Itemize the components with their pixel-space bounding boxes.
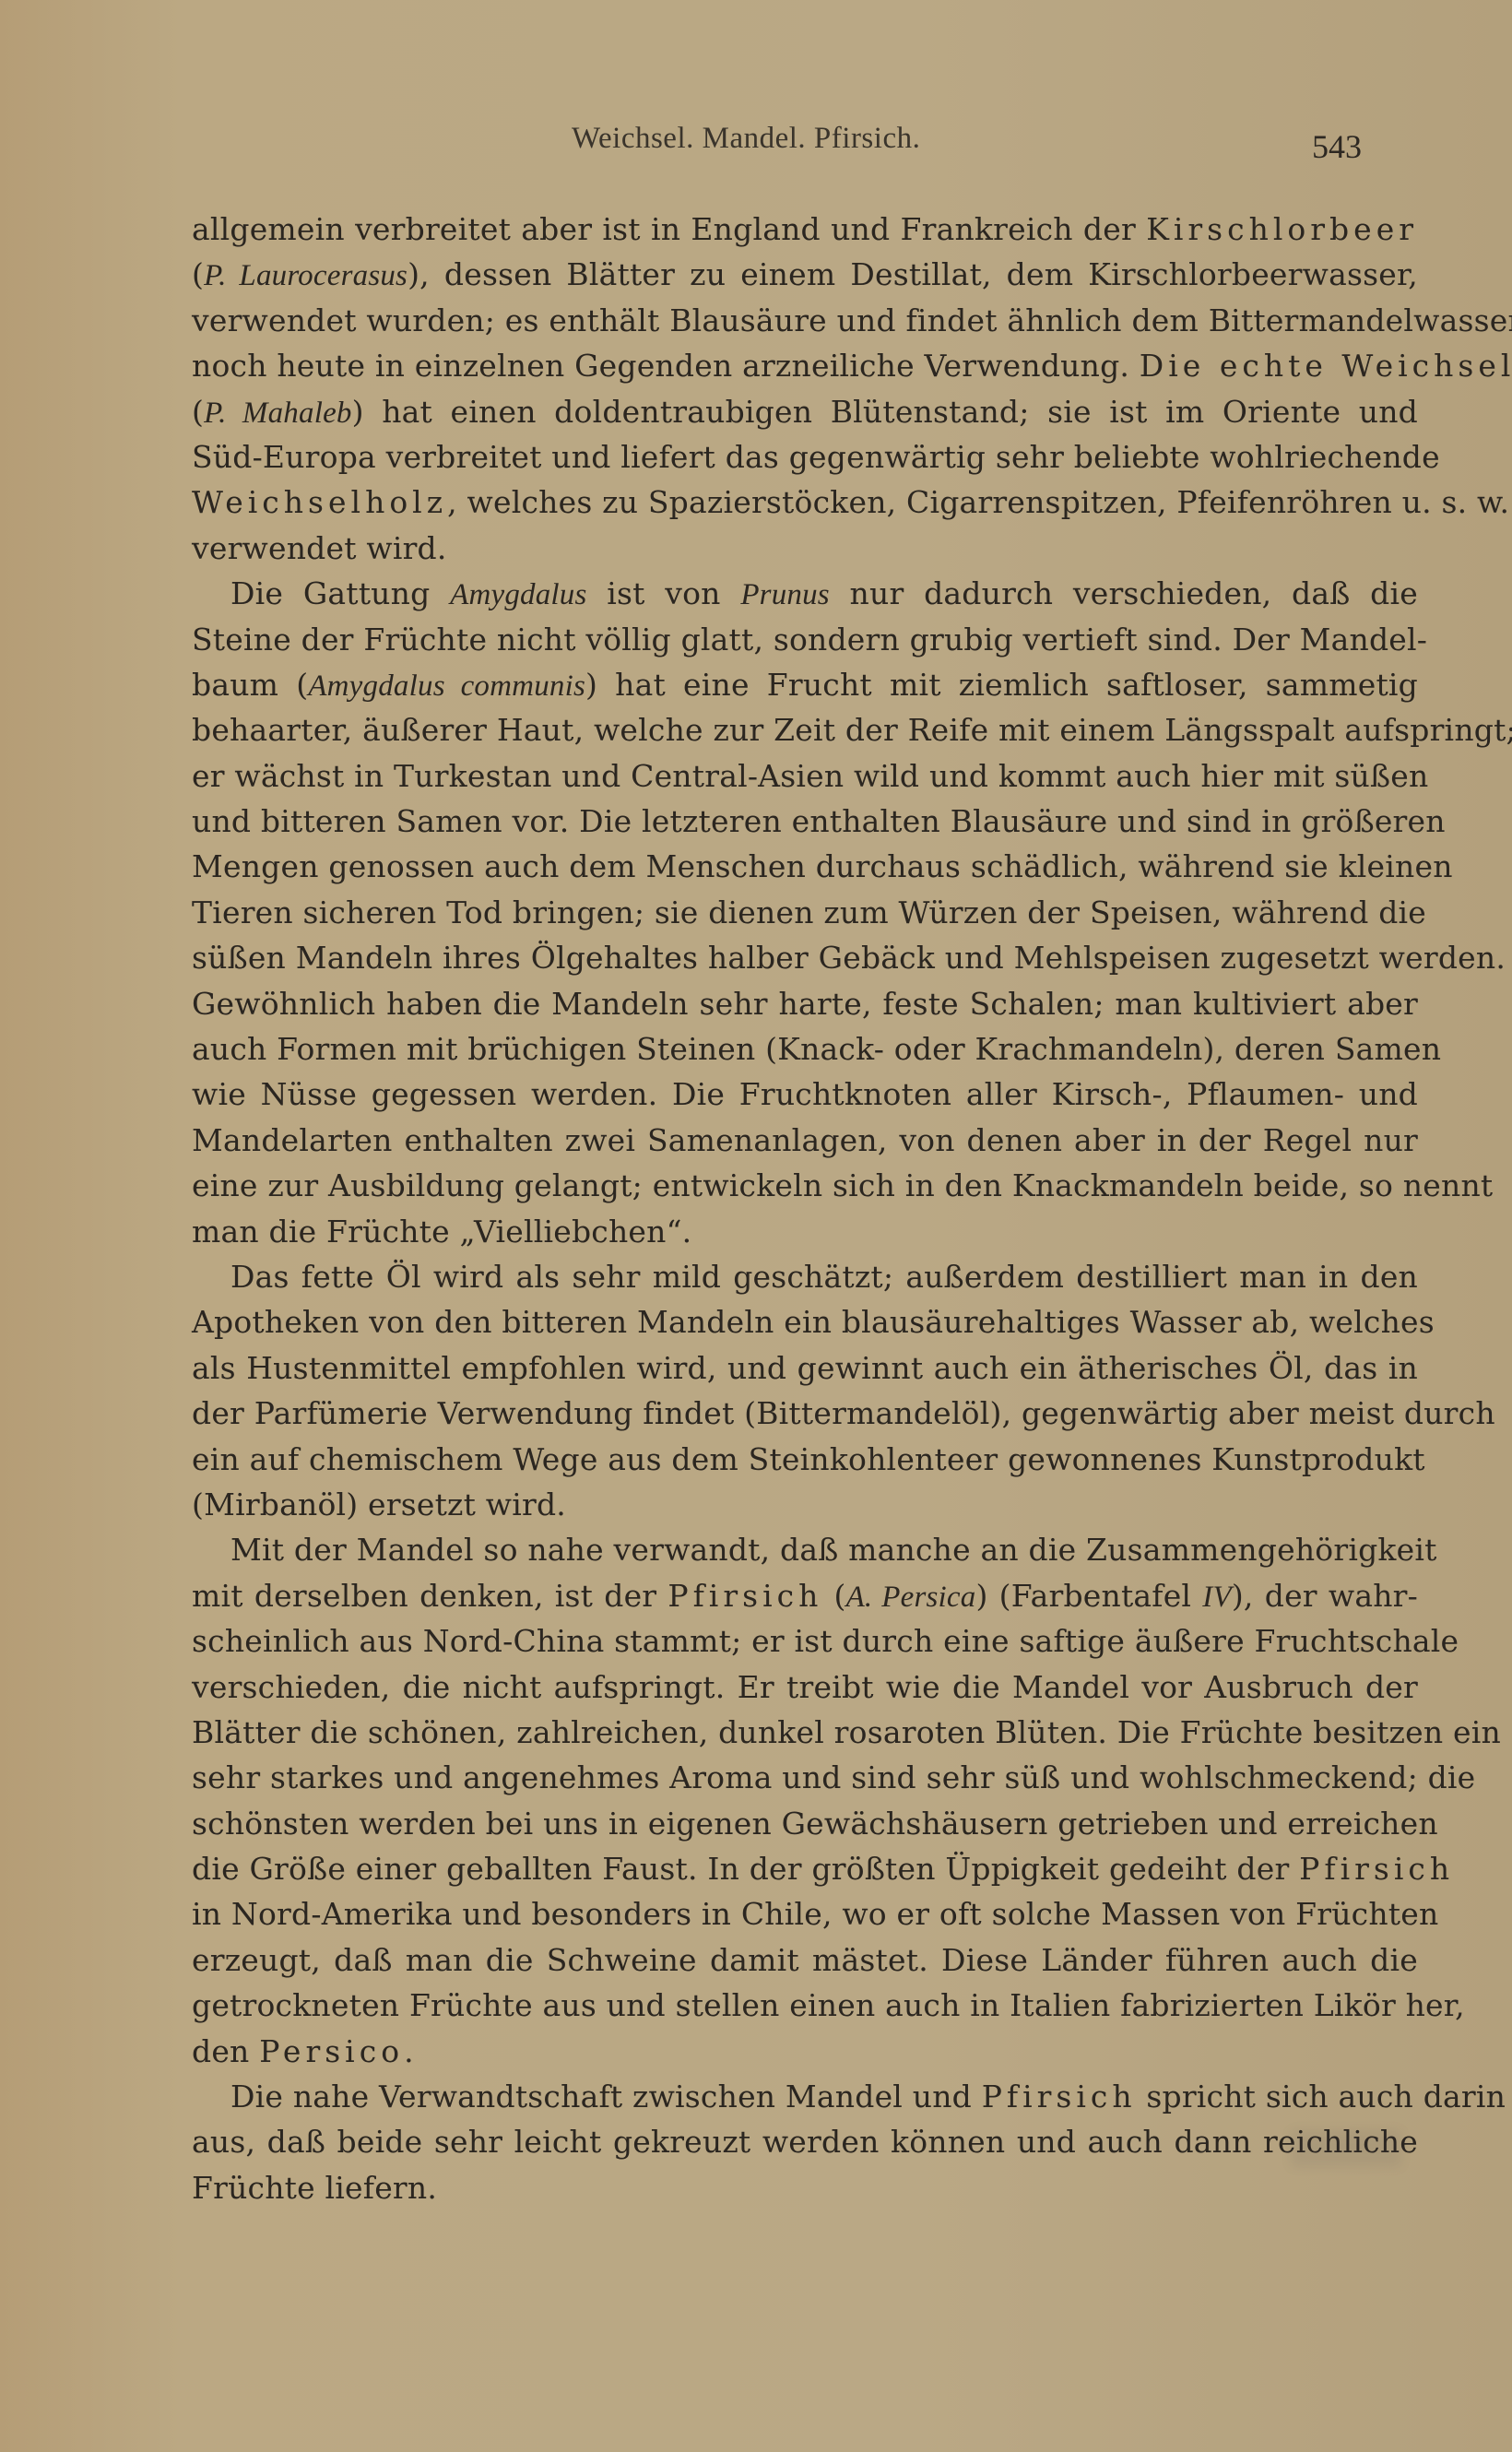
text-line: (Mirbanöl) ersetzt wird. — [192, 1482, 1418, 1527]
text-line: allgemein verbreitet aber ist in England… — [192, 207, 1418, 252]
text-line: Die nahe Verwandtschaft zwischen Mandel … — [192, 2074, 1418, 2119]
text-line: Blätter die schönen, zahlreichen, dunkel… — [192, 1710, 1418, 1755]
text-line: der Parfümerie Verwendung findet (Bitter… — [192, 1391, 1418, 1436]
running-head: Weichsel. Mandel. Pfirsich. 543 — [0, 122, 1512, 168]
text-line: in Nord-Amerika und besonders in Chile, … — [192, 1891, 1418, 1937]
text-line: er wächst in Turkestan und Central-Asien… — [192, 753, 1418, 799]
text-line: Steine der Früchte nicht völlig glatt, s… — [192, 617, 1418, 662]
text-line: mit derselben denken, ist der Pfirsich (… — [192, 1573, 1418, 1618]
text-line: sehr starkes und angenehmes Aroma und si… — [192, 1755, 1418, 1800]
text-line: verschieden, die nicht aufspringt. Er tr… — [192, 1664, 1418, 1710]
text-line: scheinlich aus Nord-China stammt; er ist… — [192, 1618, 1418, 1664]
text-line: verwendet wird. — [192, 526, 1418, 571]
text-line: schönsten werden bei uns in eigenen Gewä… — [192, 1801, 1418, 1846]
text-line: auch Formen mit brüchigen Steinen (Knack… — [192, 1026, 1418, 1072]
paragraph: Mit der Mandel so nahe verwandt, daß man… — [192, 1527, 1418, 2074]
text-line: erzeugt, daß man die Schweine damit mäst… — [192, 1937, 1418, 1983]
text-line: süßen Mandeln ihres Ölgehaltes halber Ge… — [192, 935, 1418, 980]
text-line: (P. Mahaleb) hat einen doldentraubigen B… — [192, 389, 1418, 434]
text-line: behaarter, äußerer Haut, welche zur Zeit… — [192, 707, 1418, 752]
text-line: eine zur Ausbildung gelangt; entwickeln … — [192, 1163, 1418, 1208]
text-line: Mengen genossen auch dem Menschen durcha… — [192, 844, 1418, 889]
text-line: und bitteren Samen vor. Die letzteren en… — [192, 799, 1418, 844]
text-line: als Hustenmittel empfohlen wird, und gew… — [192, 1345, 1418, 1391]
show-through-smudge — [1291, 2130, 1401, 2167]
text-line: wie Nüsse gegessen werden. Die Fruchtkno… — [192, 1072, 1418, 1117]
body-text: allgemein verbreitet aber ist in England… — [192, 207, 1418, 2210]
text-line: aus, daß beide sehr leicht gekreuzt werd… — [192, 2119, 1418, 2164]
text-line: Gewöhnlich haben die Mandeln sehr harte,… — [192, 981, 1418, 1026]
page-number: 543 — [1312, 127, 1362, 166]
text-line: Süd-Europa verbreitet und liefert das ge… — [192, 434, 1418, 480]
text-line: ein auf chemischem Wege aus dem Steinkoh… — [192, 1437, 1418, 1482]
text-line: noch heute in einzelnen Gegenden arzneil… — [192, 343, 1418, 388]
paragraph: Das fette Öl wird als sehr mild geschätz… — [192, 1254, 1418, 1527]
text-line: baum (Amygdalus communis) hat eine Fruch… — [192, 662, 1418, 707]
text-line: den Persico. — [192, 2029, 1418, 2074]
text-line: Apotheken von den bitteren Mandeln ein b… — [192, 1299, 1418, 1344]
paragraph: Die nahe Verwandtschaft zwischen Mandel … — [192, 2074, 1418, 2210]
text-line: Früchte liefern. — [192, 2165, 1418, 2210]
running-title: Weichsel. Mandel. Pfirsich. — [572, 122, 920, 156]
text-line: Die Gattung Amygdalus ist von Prunus nur… — [192, 571, 1418, 616]
text-line: verwendet wurden; es enthält Blausäure u… — [192, 298, 1418, 343]
book-page: Weichsel. Mandel. Pfirsich. 543 allgemei… — [0, 0, 1512, 2452]
text-line: Mandelarten enthalten zwei Samenanlagen,… — [192, 1118, 1418, 1163]
text-line: Tieren sicheren Tod bringen; sie dienen … — [192, 890, 1418, 935]
text-line: man die Früchte „Vielliebchen“. — [192, 1209, 1418, 1254]
text-line: die Größe einer geballten Faust. In der … — [192, 1846, 1418, 1891]
text-line: getrockneten Früchte aus und stellen ein… — [192, 1983, 1418, 2028]
text-line: Weichselholz, welches zu Spazierstöcken,… — [192, 480, 1418, 525]
text-line: Das fette Öl wird als sehr mild geschätz… — [192, 1254, 1418, 1299]
text-line: (P. Laurocerasus), dessen Blätter zu ein… — [192, 252, 1418, 297]
text-line: Mit der Mandel so nahe verwandt, daß man… — [192, 1527, 1418, 1572]
paragraph: allgemein verbreitet aber ist in England… — [192, 207, 1418, 571]
paragraph: Die Gattung Amygdalus ist von Prunus nur… — [192, 571, 1418, 1254]
